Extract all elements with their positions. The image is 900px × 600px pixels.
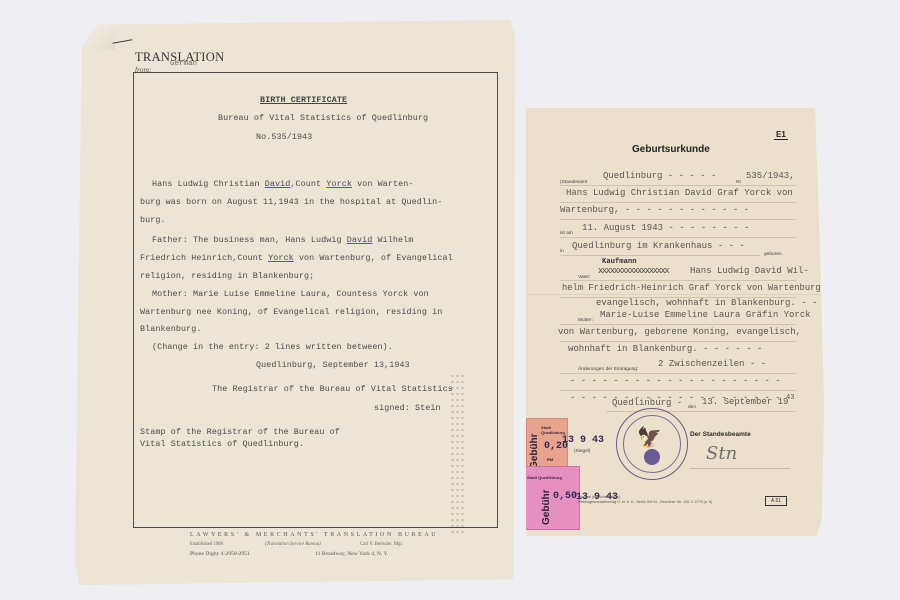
rule — [560, 390, 796, 391]
certificate-number: No.535/1943 — [256, 132, 312, 142]
issue-year: 43 — [786, 394, 794, 402]
bureau-name: LAWYERS' & MERCHANTS' TRANSLATION BUREAU — [190, 532, 438, 538]
rule — [560, 237, 796, 238]
mother-line-2: von Wartenburg, geborene Koning, evangel… — [558, 327, 801, 337]
fee-stamp-issuer: Stadt Quedlinburg — [541, 425, 567, 435]
body-line-mother-2: Wartenburg nee Koning, of Evangelical re… — [140, 307, 442, 317]
fold-crease — [526, 294, 824, 295]
source-language: German — [170, 60, 197, 68]
mother-line-1: Marie-Luise Emmeline Laura Gräfin Yorck — [600, 310, 811, 320]
signed-line: signed: Stein — [374, 403, 441, 413]
father-line-1: Hans Ludwig David Wil- — [690, 266, 809, 276]
label-aenderungen: Änderungen der Eintragung: — [578, 367, 638, 372]
bureau-manager: Carl V. Bertsche, Mgr. — [360, 542, 403, 547]
rule — [560, 202, 796, 203]
rule — [560, 280, 796, 281]
original-birth-certificate: E1 Geburtsurkunde (Standesamt Quedlinbur… — [526, 108, 824, 536]
birth-date: 11. August 1943 - - - - - - - - — [582, 223, 749, 233]
child-name-line-2: Wartenburg, - - - - - - - - - - - - — [560, 205, 749, 215]
changes-value: 2 Zwischenzeilen - - — [658, 359, 766, 369]
registrar-signature: Stn — [706, 443, 737, 464]
rule — [560, 219, 796, 220]
stamp-note-2: Vital Statistics of Quedlinburg. — [140, 439, 304, 449]
rule — [560, 185, 796, 186]
body-line-father-3: religion, residing in Blankenburg; — [140, 271, 314, 281]
bureau-address: 11 Broadway, New York 4, N. Y. — [315, 551, 388, 557]
rule — [560, 341, 796, 342]
issue-place: Quedlinburg - — [612, 398, 682, 408]
change-note: (Change in the entry: 2 lines written be… — [152, 342, 393, 352]
dash-fill-1: - - - - - - - - - - - - - - - - - - - - — [570, 376, 781, 386]
signature-rule — [690, 468, 790, 469]
father-occupation: Kaufmann — [602, 258, 637, 266]
wreath-emblem — [644, 449, 660, 465]
stamp-note-1: Stamp of the Registrar of the Bureau of — [140, 427, 340, 437]
registrar-title: Der Standesbeamte — [690, 431, 751, 438]
fee-stamp-value: 0,50 — [553, 491, 577, 502]
printer-note: urkunde (eheliche Geburt). Reichsgesetzb… — [578, 495, 712, 505]
label-in: in — [560, 249, 564, 254]
struck-text: xxxxxxxxxxxxxxxxxx — [598, 266, 668, 276]
father-line-2: helm Friedrich-Heinrich Graf Yorck von W… — [562, 283, 821, 293]
body-line-2: burg was born on August 11,1943 in the h… — [140, 197, 442, 207]
rule — [560, 255, 760, 256]
form-code: E1 — [774, 130, 788, 140]
registry-office: Quedlinburg - - - - - — [603, 171, 716, 181]
bureau-service: (Translation Service Bureau) — [265, 542, 321, 547]
registry-seal: 🦅 — [616, 408, 688, 480]
cancellation-mark-1: 13 9 43 — [562, 435, 604, 446]
issue-date: 13. September 19 — [702, 397, 788, 407]
father-line-3: evangelisch, wohnhaft in Blankenburg. - … — [596, 298, 817, 308]
fee-stamp-pink: Stadt Quedlinburg Gebühr 0,50 — [522, 466, 580, 530]
folded-corner — [85, 20, 115, 50]
body-line-3: burg. — [140, 215, 166, 225]
eagle-emblem-icon: 🦅 — [637, 425, 662, 449]
form-box-code: A 51 — [765, 496, 787, 506]
certificate-frame: BIRTH CERTIFICATE Bureau of Vital Statis… — [133, 72, 498, 528]
label-siegel: (Siegel) — [574, 449, 591, 454]
fee-stamp-currency: RM — [547, 457, 553, 462]
certificate-bureau: Bureau of Vital Statistics of Quedlinbur… — [218, 113, 428, 123]
body-line-father-1: Father: The business man, Hans Ludwig Da… — [152, 235, 413, 245]
certificate-title: Geburtsurkunde — [632, 144, 710, 155]
fee-stamp-label: Gebühr — [529, 433, 540, 469]
fee-stamp-label: Gebühr — [541, 489, 552, 525]
registry-number: 535/1943, — [746, 171, 795, 181]
label-ist-am: ist am — [560, 231, 573, 236]
child-name-line-1: Hans Ludwig Christian David Graf Yorck v… — [566, 188, 793, 198]
label-den: den — [688, 405, 696, 410]
bureau-established: Established 1908 — [190, 542, 223, 547]
label-mutter: Mutter: — [578, 318, 593, 323]
translation-document: TRANSLATION German from: BIRTH CERTIFICA… — [75, 20, 515, 585]
registrar-line: The Registrar of the Bureau of Vital Sta… — [212, 384, 453, 394]
label-geboren: geboren. — [764, 252, 783, 257]
bureau-phone: Phone Digby 4-2950-2951 — [190, 551, 250, 557]
body-line-father-2: Friedrich Heinrich,Count Yorck von Warte… — [140, 253, 453, 263]
perforation-marks — [450, 373, 464, 533]
body-line-mother-1: Mother: Marie Luise Emmeline Laura, Coun… — [152, 289, 429, 299]
rule — [560, 373, 796, 374]
publisher-note: Reichsgesetzblattverlag O. m. b. H., Ber… — [578, 500, 712, 505]
mother-line-3: wohnhaft in Blankenburg. - - - - - - — [568, 344, 762, 354]
body-line-mother-3: Blankenburg. — [140, 324, 202, 334]
body-line-1: Hans Ludwig Christian David,Count Yorck … — [152, 179, 413, 189]
rule — [560, 324, 796, 325]
birth-place: Quedlinburg im Krankenhaus - - - — [572, 241, 745, 251]
place-date: Quedlinburg, September 13,1943 — [256, 360, 410, 370]
fee-stamp-issuer: Stadt Quedlinburg — [527, 475, 562, 480]
certificate-title: BIRTH CERTIFICATE — [260, 95, 347, 105]
